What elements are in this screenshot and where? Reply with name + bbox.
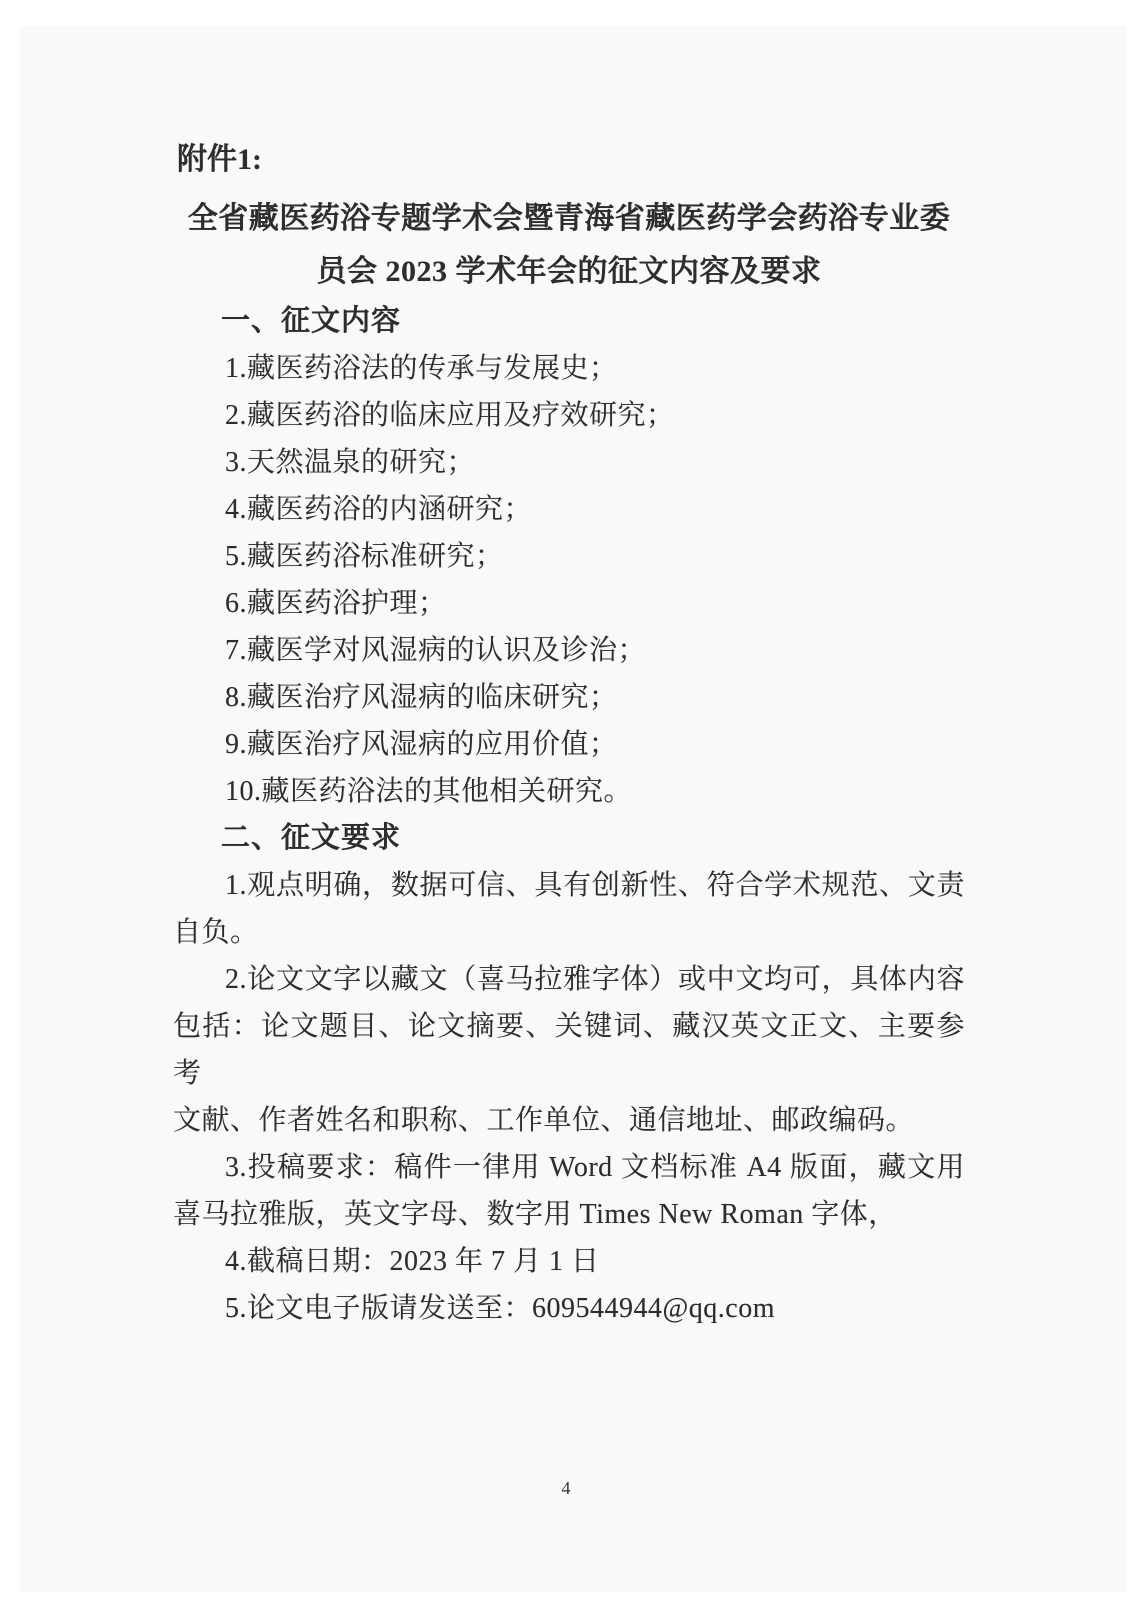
document-content: 附件1: 全省藏医药浴专题学术会暨青海省藏医药学会药浴专业委 员会 2023 学…	[173, 138, 965, 1332]
requirement-3-line-2: 喜马拉雅版，英文字母、数字用 Times New Roman 字体，	[173, 1191, 965, 1238]
document-page: 附件1: 全省藏医药浴专题学术会暨青海省藏医药学会药浴专业委 员会 2023 学…	[0, 0, 1132, 1600]
topic-item-4: 4.藏医药浴的内涵研究；	[173, 486, 965, 533]
topic-item-10: 10.藏医药浴法的其他相关研究。	[173, 768, 965, 815]
requirement-4-line-1: 4.截稿日期：2023 年 7 月 1 日	[173, 1238, 965, 1285]
title-line-1: 全省藏医药浴专题学术会暨青海省藏医药学会药浴专业委	[173, 192, 965, 245]
document-title: 全省藏医药浴专题学术会暨青海省藏医药学会药浴专业委 员会 2023 学术年会的征…	[173, 192, 965, 298]
topic-item-2: 2.藏医药浴的临床应用及疗效研究；	[173, 392, 965, 439]
topic-item-3: 3.天然温泉的研究；	[173, 439, 965, 486]
requirement-1-line-2: 自负。	[173, 909, 965, 956]
requirement-2-line-2: 包括：论文题目、论文摘要、关键词、藏汉英文正文、主要参考	[173, 1003, 965, 1097]
section1-heading: 一、征文内容	[173, 298, 965, 345]
title-line-2: 员会 2023 学术年会的征文内容及要求	[173, 245, 965, 298]
requirement-2-line-3: 文献、作者姓名和职称、工作单位、通信地址、邮政编码。	[173, 1097, 965, 1144]
topic-item-9: 9.藏医治疗风湿病的应用价值；	[173, 721, 965, 768]
requirement-5-line-1: 5.论文电子版请发送至：609544944@qq.com	[173, 1285, 965, 1332]
requirement-1-line-1: 1.观点明确，数据可信、具有创新性、符合学术规范、文责	[173, 862, 965, 909]
topic-item-7: 7.藏医学对风湿病的认识及诊治；	[173, 627, 965, 674]
topic-item-8: 8.藏医治疗风湿病的临床研究；	[173, 674, 965, 721]
section2-heading: 二、征文要求	[173, 815, 965, 862]
topic-item-5: 5.藏医药浴标准研究；	[173, 533, 965, 580]
topic-item-1: 1.藏医药浴法的传承与发展史；	[173, 345, 965, 392]
requirement-3-line-1: 3.投稿要求：稿件一律用 Word 文档标准 A4 版面，藏文用	[173, 1144, 965, 1191]
topic-item-6: 6.藏医药浴护理；	[173, 580, 965, 627]
requirement-2-line-1: 2.论文文字以藏文（喜马拉雅字体）或中文均可，具体内容	[173, 956, 965, 1003]
page-number: 4	[0, 1478, 1132, 1499]
attachment-label: 附件1:	[177, 138, 965, 182]
